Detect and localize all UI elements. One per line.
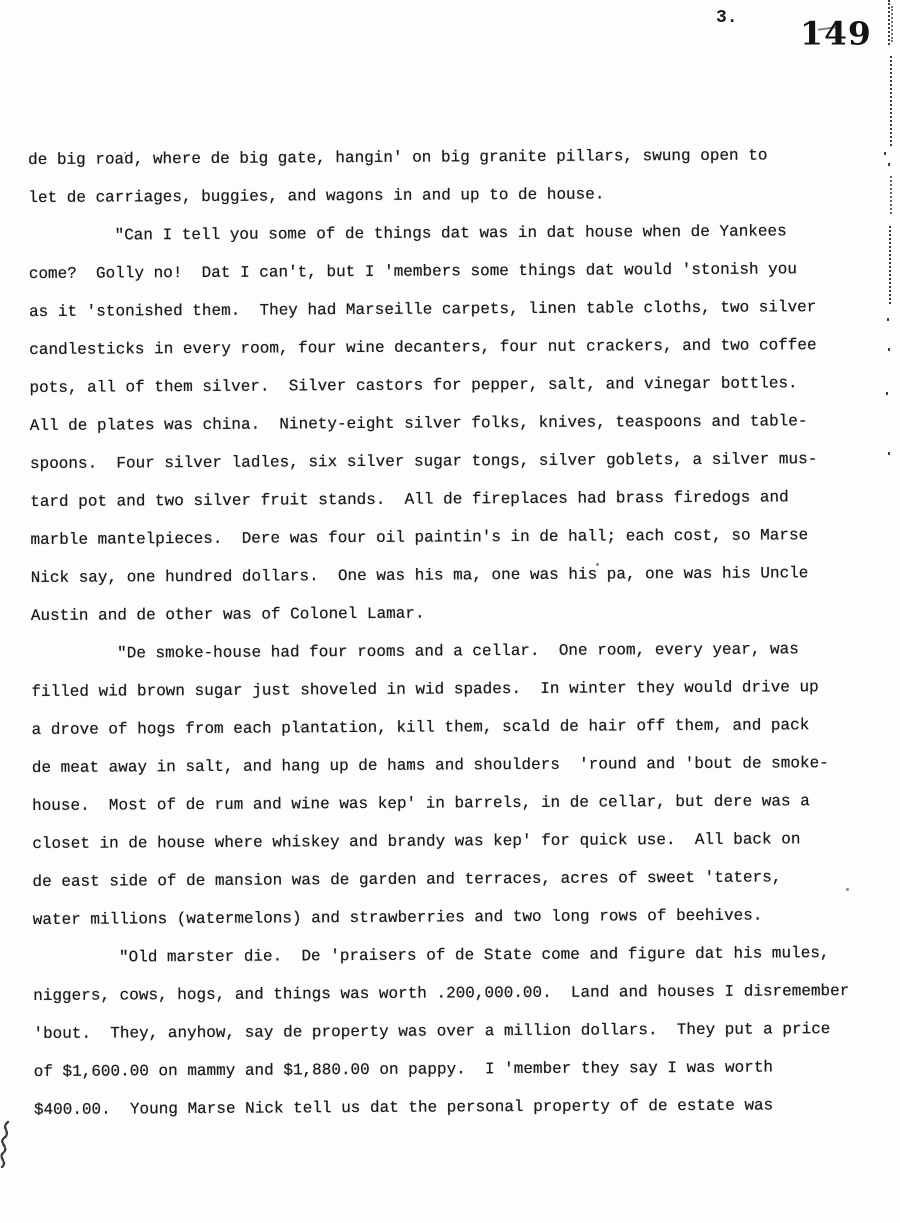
text-line: as it 'stonished them. They had Marseill… bbox=[29, 288, 881, 331]
text-line: "De smoke-house had four rooms and a cel… bbox=[31, 630, 883, 673]
ink-squiggle-mark bbox=[0, 1120, 18, 1168]
text-line: filled wid brown sugar just shoveled in … bbox=[31, 668, 883, 711]
text-line: marble mantelpieces. Dere was four oil p… bbox=[30, 516, 882, 559]
text-line: closet in de house where whiskey and bra… bbox=[32, 820, 884, 863]
text-line: All de plates was china. Ninety-eight si… bbox=[30, 402, 882, 445]
text-line: a drove of hogs from each plantation, ki… bbox=[31, 706, 883, 749]
text-line: Nick say, one hundred dollars. One was h… bbox=[31, 554, 883, 597]
text-line: house. Most of de rum and wine was kep' … bbox=[32, 782, 884, 825]
text-line: de meat away in salt, and hang up de ham… bbox=[32, 744, 884, 787]
page-number: 3. bbox=[716, 8, 738, 28]
text-line: candlesticks in every room, four wine de… bbox=[29, 326, 881, 369]
text-line: come? Golly no! Dat I can't, but I 'memb… bbox=[29, 250, 881, 293]
text-line: 'bout. They, anyhow, say de property was… bbox=[33, 1010, 885, 1053]
text-line: de east side of de mansion was de garden… bbox=[32, 858, 884, 901]
document-body: de big road, where de big gate, hangin' … bbox=[28, 136, 886, 1129]
text-line: of $1,600.00 on mammy and $1,880.00 on p… bbox=[34, 1048, 886, 1091]
text-line: spoons. Four silver ladles, six silver s… bbox=[30, 440, 882, 483]
text-line: $400.00. Young Marse Nick tell us dat th… bbox=[34, 1086, 886, 1129]
text-line: Austin and de other was of Colonel Lamar… bbox=[31, 592, 883, 635]
text-line: tard pot and two silver fruit stands. Al… bbox=[30, 478, 882, 521]
text-line: water millions (watermelons) and strawbe… bbox=[33, 896, 885, 939]
text-line: let de carriages, buggies, and wagons in… bbox=[28, 174, 880, 217]
scanned-document-page: 3. 149 de big road, where de big gate, h… bbox=[0, 0, 900, 1223]
stamped-folio-number: 149 bbox=[800, 15, 872, 52]
text-line: de big road, where de big gate, hangin' … bbox=[28, 136, 880, 179]
text-line: "Can I tell you some of de things dat wa… bbox=[28, 212, 880, 255]
text-line: pots, all of them silver. Silver castors… bbox=[29, 364, 881, 407]
text-line: "Old marster die. De 'praisers of de Sta… bbox=[33, 934, 885, 977]
text-line: niggers, cows, hogs, and things was wort… bbox=[33, 972, 885, 1015]
